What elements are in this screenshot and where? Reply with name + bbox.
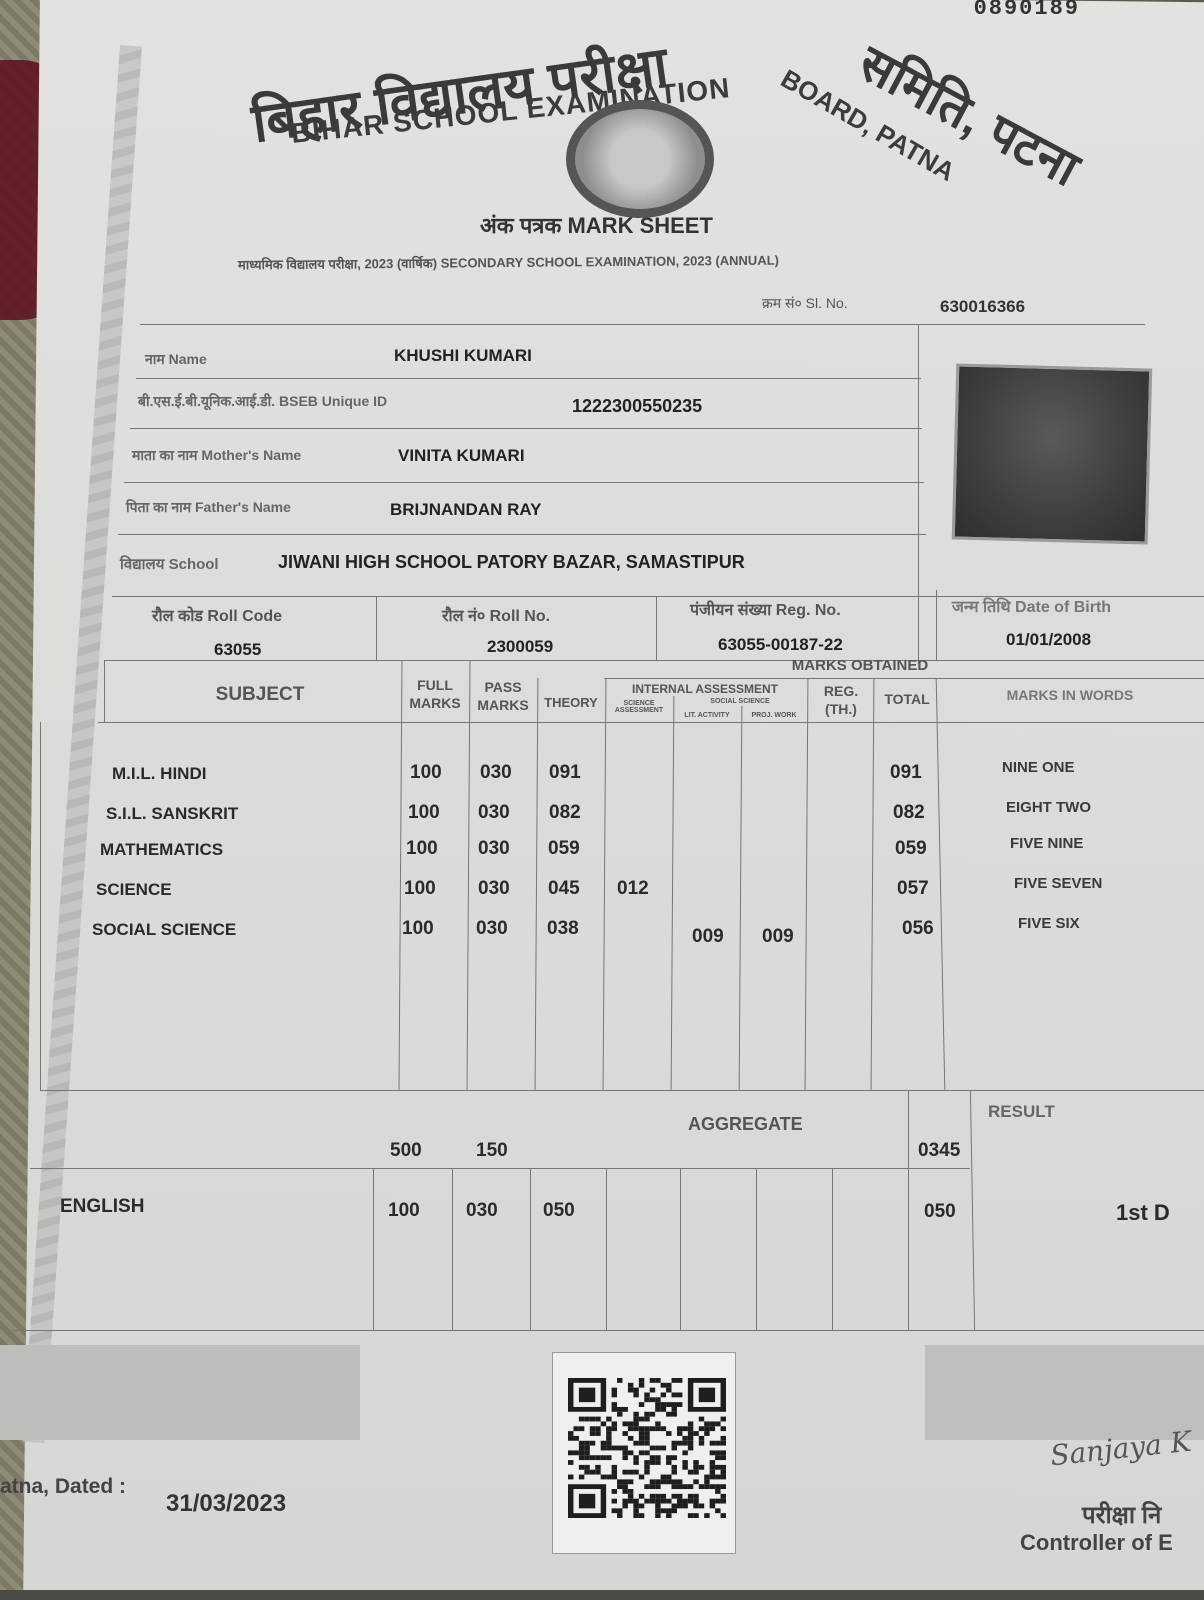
divider xyxy=(832,1168,833,1330)
qr-code-icon xyxy=(568,1378,726,1518)
divider xyxy=(606,1168,607,1330)
marks-in-words: EIGHT TWO xyxy=(1006,799,1091,816)
marks-in-words: FIVE NINE xyxy=(1010,835,1083,852)
header-marks-in-words: MARKS IN WORDS xyxy=(960,686,1180,704)
mother-name: VINITA KUMARI xyxy=(398,446,525,466)
controller-title-hindi: परीक्षा नि xyxy=(1082,1498,1161,1531)
cell-theory: 045 xyxy=(548,878,580,900)
divider xyxy=(680,1168,681,1330)
cell-lit: 009 xyxy=(692,926,724,948)
divider xyxy=(656,596,657,660)
cell-theory: 091 xyxy=(549,762,581,784)
header-reg-th: REG. (TH.) xyxy=(812,682,870,718)
cell-full: 100 xyxy=(408,802,440,824)
roll-no: 2300059 xyxy=(487,637,553,657)
header-pass-marks: PASS MARKS xyxy=(470,678,536,714)
aggregate-pass-marks: 150 xyxy=(476,1140,508,1162)
cell-pass: 030 xyxy=(478,802,510,824)
cell-full: 100 xyxy=(404,878,436,900)
divider xyxy=(936,590,937,660)
reg-no: 63055-00187-22 xyxy=(718,635,843,655)
cell-pass: 030 xyxy=(480,762,512,784)
header-proj-work: PROJ. WORK xyxy=(742,712,806,719)
cell-full: 100 xyxy=(402,918,434,940)
english-total: 050 xyxy=(924,1201,956,1223)
roll-code: 63055 xyxy=(214,640,261,660)
subject-name: M.I.L. HINDI xyxy=(112,764,206,784)
divider xyxy=(376,596,377,660)
mother-name-label: माता का नाम Mother's Name xyxy=(132,446,301,465)
sl-no-label: क्रम सं० Sl. No. xyxy=(762,294,848,313)
blurred-area xyxy=(925,1345,1204,1440)
subject-name: MATHEMATICS xyxy=(100,840,223,860)
divider xyxy=(130,428,922,429)
header-subject: SUBJECT xyxy=(180,684,340,706)
header-social-science: SOCIAL SCIENCE xyxy=(674,698,806,705)
cell-theory: 082 xyxy=(549,802,581,824)
cell-proj: 009 xyxy=(762,926,794,948)
header-internal-assessment: INTERNAL ASSESSMENT xyxy=(606,680,804,698)
marks-in-words: NINE ONE xyxy=(1002,759,1075,776)
divider xyxy=(373,1168,374,1330)
aggregate-total: 0345 xyxy=(918,1140,960,1162)
divider xyxy=(124,482,924,483)
subject-name: S.I.L. SANSKRIT xyxy=(106,804,238,824)
divider xyxy=(12,1330,1204,1331)
divider xyxy=(530,1168,531,1330)
divider xyxy=(104,660,1204,661)
father-name-label: पिता का नाम Father's Name xyxy=(126,498,291,517)
divider xyxy=(908,1090,909,1330)
result-label: RESULT xyxy=(988,1102,1055,1122)
roll-code-label: रौल कोड Roll Code xyxy=(152,604,282,626)
cell-total: 091 xyxy=(890,762,922,784)
english-pass-marks: 030 xyxy=(466,1200,498,1222)
divider xyxy=(118,534,926,535)
school-name: JIWANI HIGH SCHOOL PATORY BAZAR, SAMASTI… xyxy=(278,552,745,573)
header-total: TOTAL xyxy=(874,690,940,708)
divider xyxy=(604,678,1204,679)
cell-total: 057 xyxy=(897,878,929,900)
cell-total: 082 xyxy=(893,802,925,824)
controller-title: Controller of E xyxy=(1020,1530,1173,1556)
english-theory: 050 xyxy=(543,1200,575,1222)
name-label: नाम Name xyxy=(145,350,207,369)
sheet-title: अंक पत्रक MARK SHEET xyxy=(480,210,713,240)
divider xyxy=(136,378,921,379)
marks-in-words: FIVE SIX xyxy=(1018,915,1080,932)
cell-full: 100 xyxy=(406,838,438,860)
roll-no-label: रौल नं० Roll No. xyxy=(442,604,550,626)
blurred-area xyxy=(0,1345,360,1440)
divider xyxy=(40,1090,1204,1091)
header-science-assessment: SCIENCE ASSESSMENT xyxy=(606,700,672,714)
header-full-marks: FULL MARKS xyxy=(402,676,468,712)
cell-total: 056 xyxy=(902,918,934,940)
cell-pass: 030 xyxy=(478,838,510,860)
student-name: KHUSHI KUMARI xyxy=(394,346,532,366)
reg-no-label: पंजीयन संख्या Reg. No. xyxy=(690,598,841,620)
divider xyxy=(98,722,1204,723)
header-marks-obtained: MARKS OBTAINED xyxy=(760,657,960,674)
cell-theory: 038 xyxy=(547,918,579,940)
uid-label: बी.एस.ई.बी.यूनिक.आई.डी. BSEB Unique ID xyxy=(138,392,387,411)
header-theory: THEORY xyxy=(538,694,604,712)
cell-total: 059 xyxy=(895,838,927,860)
cell-pass: 030 xyxy=(476,918,508,940)
bseb-unique-id: 1222300550235 xyxy=(572,396,702,417)
cell-sci: 012 xyxy=(617,878,649,900)
divider xyxy=(104,660,105,722)
serial-number-top: 0890189 xyxy=(974,0,1080,21)
board-seal-icon xyxy=(566,100,714,218)
cell-theory: 059 xyxy=(548,838,580,860)
divider xyxy=(30,1168,970,1169)
sl-no-value: 630016366 xyxy=(940,297,1025,317)
divider xyxy=(756,1168,757,1330)
father-name: BRIJNANDAN RAY xyxy=(390,500,541,520)
marks-in-words: FIVE SEVEN xyxy=(1014,875,1102,892)
subject-english: ENGLISH xyxy=(60,1196,144,1218)
cell-pass: 030 xyxy=(478,878,510,900)
dob-label: जन्म तिथि Date of Birth xyxy=(952,595,1111,617)
divider xyxy=(918,324,919,664)
school-label: विद्यालय School xyxy=(120,554,219,574)
result-value: 1st D xyxy=(1116,1200,1170,1226)
issue-date: 31/03/2023 xyxy=(166,1490,286,1518)
aggregate-label: AGGREGATE xyxy=(688,1114,803,1135)
header-lit-activity: LIT. ACTIVITY xyxy=(674,712,740,719)
aggregate-full-marks: 500 xyxy=(390,1140,422,1162)
divider xyxy=(140,324,1145,325)
cell-full: 100 xyxy=(410,762,442,784)
divider xyxy=(452,1168,453,1330)
english-full-marks: 100 xyxy=(388,1200,420,1222)
date-of-birth: 01/01/2008 xyxy=(1006,630,1091,650)
dated-label: atna, Dated : xyxy=(0,1475,126,1499)
surface-edge xyxy=(0,1590,1204,1600)
student-photo xyxy=(952,363,1153,544)
subject-name: SOCIAL SCIENCE xyxy=(92,920,236,940)
divider xyxy=(40,722,41,1090)
subject-name: SCIENCE xyxy=(96,880,172,900)
